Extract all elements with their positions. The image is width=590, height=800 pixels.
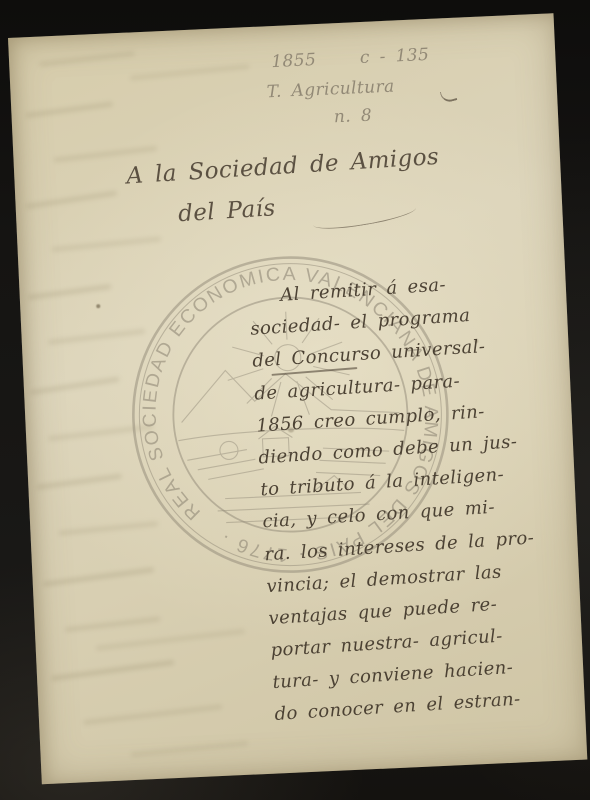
salutation-line-2: del País (177, 195, 276, 227)
bleedthrough-line (36, 474, 122, 490)
photo-mat: REAL SOCIEDAD ECONOMICA VALENCIANA DE AM… (0, 0, 590, 800)
bleedthrough-line (25, 101, 113, 118)
annotation-code: c - 135 (360, 45, 430, 68)
bleedthrough-line (30, 377, 120, 395)
letter-paper: REAL SOCIEDAD ECONOMICA VALENCIANA DE AM… (8, 13, 587, 784)
salutation-line-1: A la Sociedad de Amigos (126, 144, 440, 190)
bleedthrough-line (28, 284, 112, 300)
bleedthrough-line (83, 704, 223, 725)
salutation-flourish (312, 199, 417, 233)
bleedthrough-marks (8, 13, 553, 38)
bleedthrough-line (96, 629, 246, 651)
bleedthrough-line (65, 616, 161, 632)
letter-body: Al remitir á esa- sociedad- el programa … (247, 264, 555, 731)
pencil-annotation-row: 1855 c - 135 (271, 45, 430, 72)
bleedthrough-line (26, 190, 118, 209)
bleedthrough-line (53, 146, 157, 163)
bleedthrough-line (130, 741, 248, 757)
bleedthrough-line (51, 236, 161, 252)
bleedthrough-line (51, 660, 175, 681)
bleedthrough-line (130, 64, 250, 81)
annotation-subject: T. Agricultura (266, 77, 395, 103)
annotation-number: n. 8 (333, 106, 372, 128)
stray-ink-mark (440, 88, 458, 103)
annotation-year: 1855 (271, 50, 317, 72)
bleedthrough-line (39, 51, 135, 67)
ink-speck (96, 304, 100, 308)
